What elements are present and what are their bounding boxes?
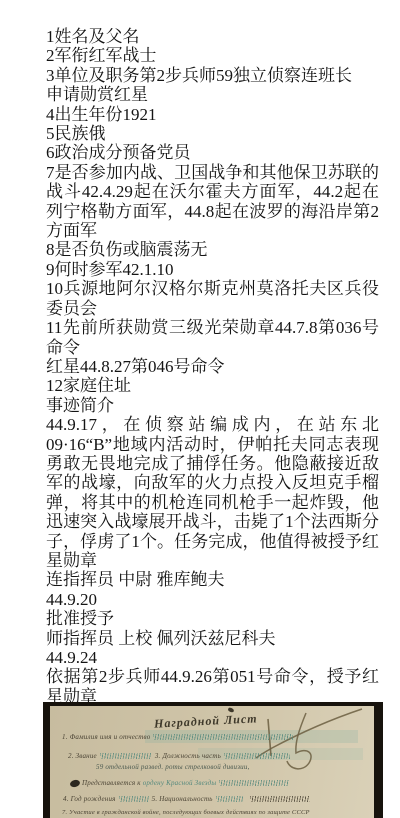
handwriting-scribble	[216, 796, 244, 802]
line-prior-awards: 11先前所获勋赏三级光荣勋章44.7.8第036号命令	[46, 318, 379, 357]
line-company-commander: 连指挥员 中尉 雅库鲍夫	[46, 570, 379, 589]
scan-field-unit-handwriting: 59 отдельной развед. роты стрелковой див…	[96, 763, 250, 771]
line-prior-award-red-star: 红星44.8.27第046号命令	[46, 357, 379, 376]
line-unit-position: 3单位及职务第2步兵师59独立侦察连班长	[46, 66, 379, 85]
line-division-commander: 师指挥员 上校 佩列沃兹尼科夫	[46, 629, 379, 648]
handwriting-scribble	[219, 780, 289, 786]
scan-field-name-label: 1. Фамилия имя и отчество	[62, 733, 150, 741]
line-rank: 2军衔红军战士	[46, 46, 379, 65]
line-nationality: 5民族俄	[46, 124, 379, 143]
line-political-status: 6政治成分预备党员	[46, 143, 379, 162]
line-wounds: 8是否负伤或脑震荡无	[46, 240, 379, 259]
scan-field-name: 1. Фамилия имя и отчество	[62, 733, 296, 741]
scan-nominated-label: Представляется к	[82, 779, 141, 787]
handwriting-scribble	[250, 796, 310, 802]
line-order-basis: 依据第2步兵师44.9.26第051号命令，授予红星勋章	[46, 667, 379, 703]
line-enlistment-date: 9何时参军42.1.10	[46, 260, 379, 279]
scan-field-rank-label: 2. Звание	[68, 752, 97, 760]
scan-nationality-label: 5. Национальность	[152, 795, 213, 803]
scan-war-participation-label: 7. Участие в гражданской войне, последую…	[62, 809, 310, 816]
line-recruitment-office: 10兵源地阿尔汉格尔斯克州莫洛托夫区兵役委员会	[46, 279, 379, 318]
scan-paper: Наградной Лист 1. Фамилия имя и отчество…	[50, 706, 374, 818]
line-citation-heading: 事迹简介	[46, 396, 379, 415]
line-date-2: 44.9.24	[46, 648, 379, 667]
scan-birth-year-label: 4. Год рождения	[63, 795, 116, 803]
ink-blot	[69, 779, 80, 788]
handwriting-scribble	[224, 753, 290, 759]
scan-field-position-label: 3. Должность часть	[155, 752, 221, 760]
line-citation-body: 44.9.17，在侦察站编成内，在站东北09·16“B”地域内活动时，伊帕托夫同…	[46, 415, 379, 570]
line-nominated-award: 申请勋赏红星	[46, 85, 379, 104]
line-birth-year: 4出生年份1921	[46, 105, 379, 124]
line-home-address: 12家庭住址	[46, 376, 379, 395]
line-war-participation: 7是否参加内战、卫国战争和其他保卫苏联的战斗42.4.29起在沃尔霍夫方面军，4…	[46, 163, 379, 241]
translated-award-record: 1姓名及父名 2军衔红军战士 3单位及职务第2步兵师59独立侦察连班长 申请勋赏…	[46, 27, 379, 703]
handwriting-scribble	[119, 796, 149, 802]
line-name-patronymic: 1姓名及父名	[46, 27, 379, 46]
line-approval: 批准授予	[46, 609, 379, 628]
scanned-award-sheet-photo: Наградной Лист 1. Фамилия имя и отчество…	[43, 702, 383, 818]
scan-field-rank-position: 2. Звание3. Должность часть	[68, 752, 293, 760]
handwriting-scribble	[153, 734, 293, 740]
scan-unit-handwriting-text: 59 отдельной развед. роты стрелковой див…	[96, 763, 250, 771]
scan-field-nominated: Представляется к ордену Красной Звезды	[82, 779, 292, 787]
handwriting-scribble	[100, 753, 152, 759]
scan-field-war-participation: 7. Участие в гражданской войне, последую…	[62, 809, 310, 816]
scan-nominated-handwriting-text: ордену Красной Звезды	[143, 779, 217, 787]
scan-field-birth-nationality: 4. Год рождения5. Национальность	[63, 795, 313, 803]
line-date-1: 44.9.20	[46, 590, 379, 609]
